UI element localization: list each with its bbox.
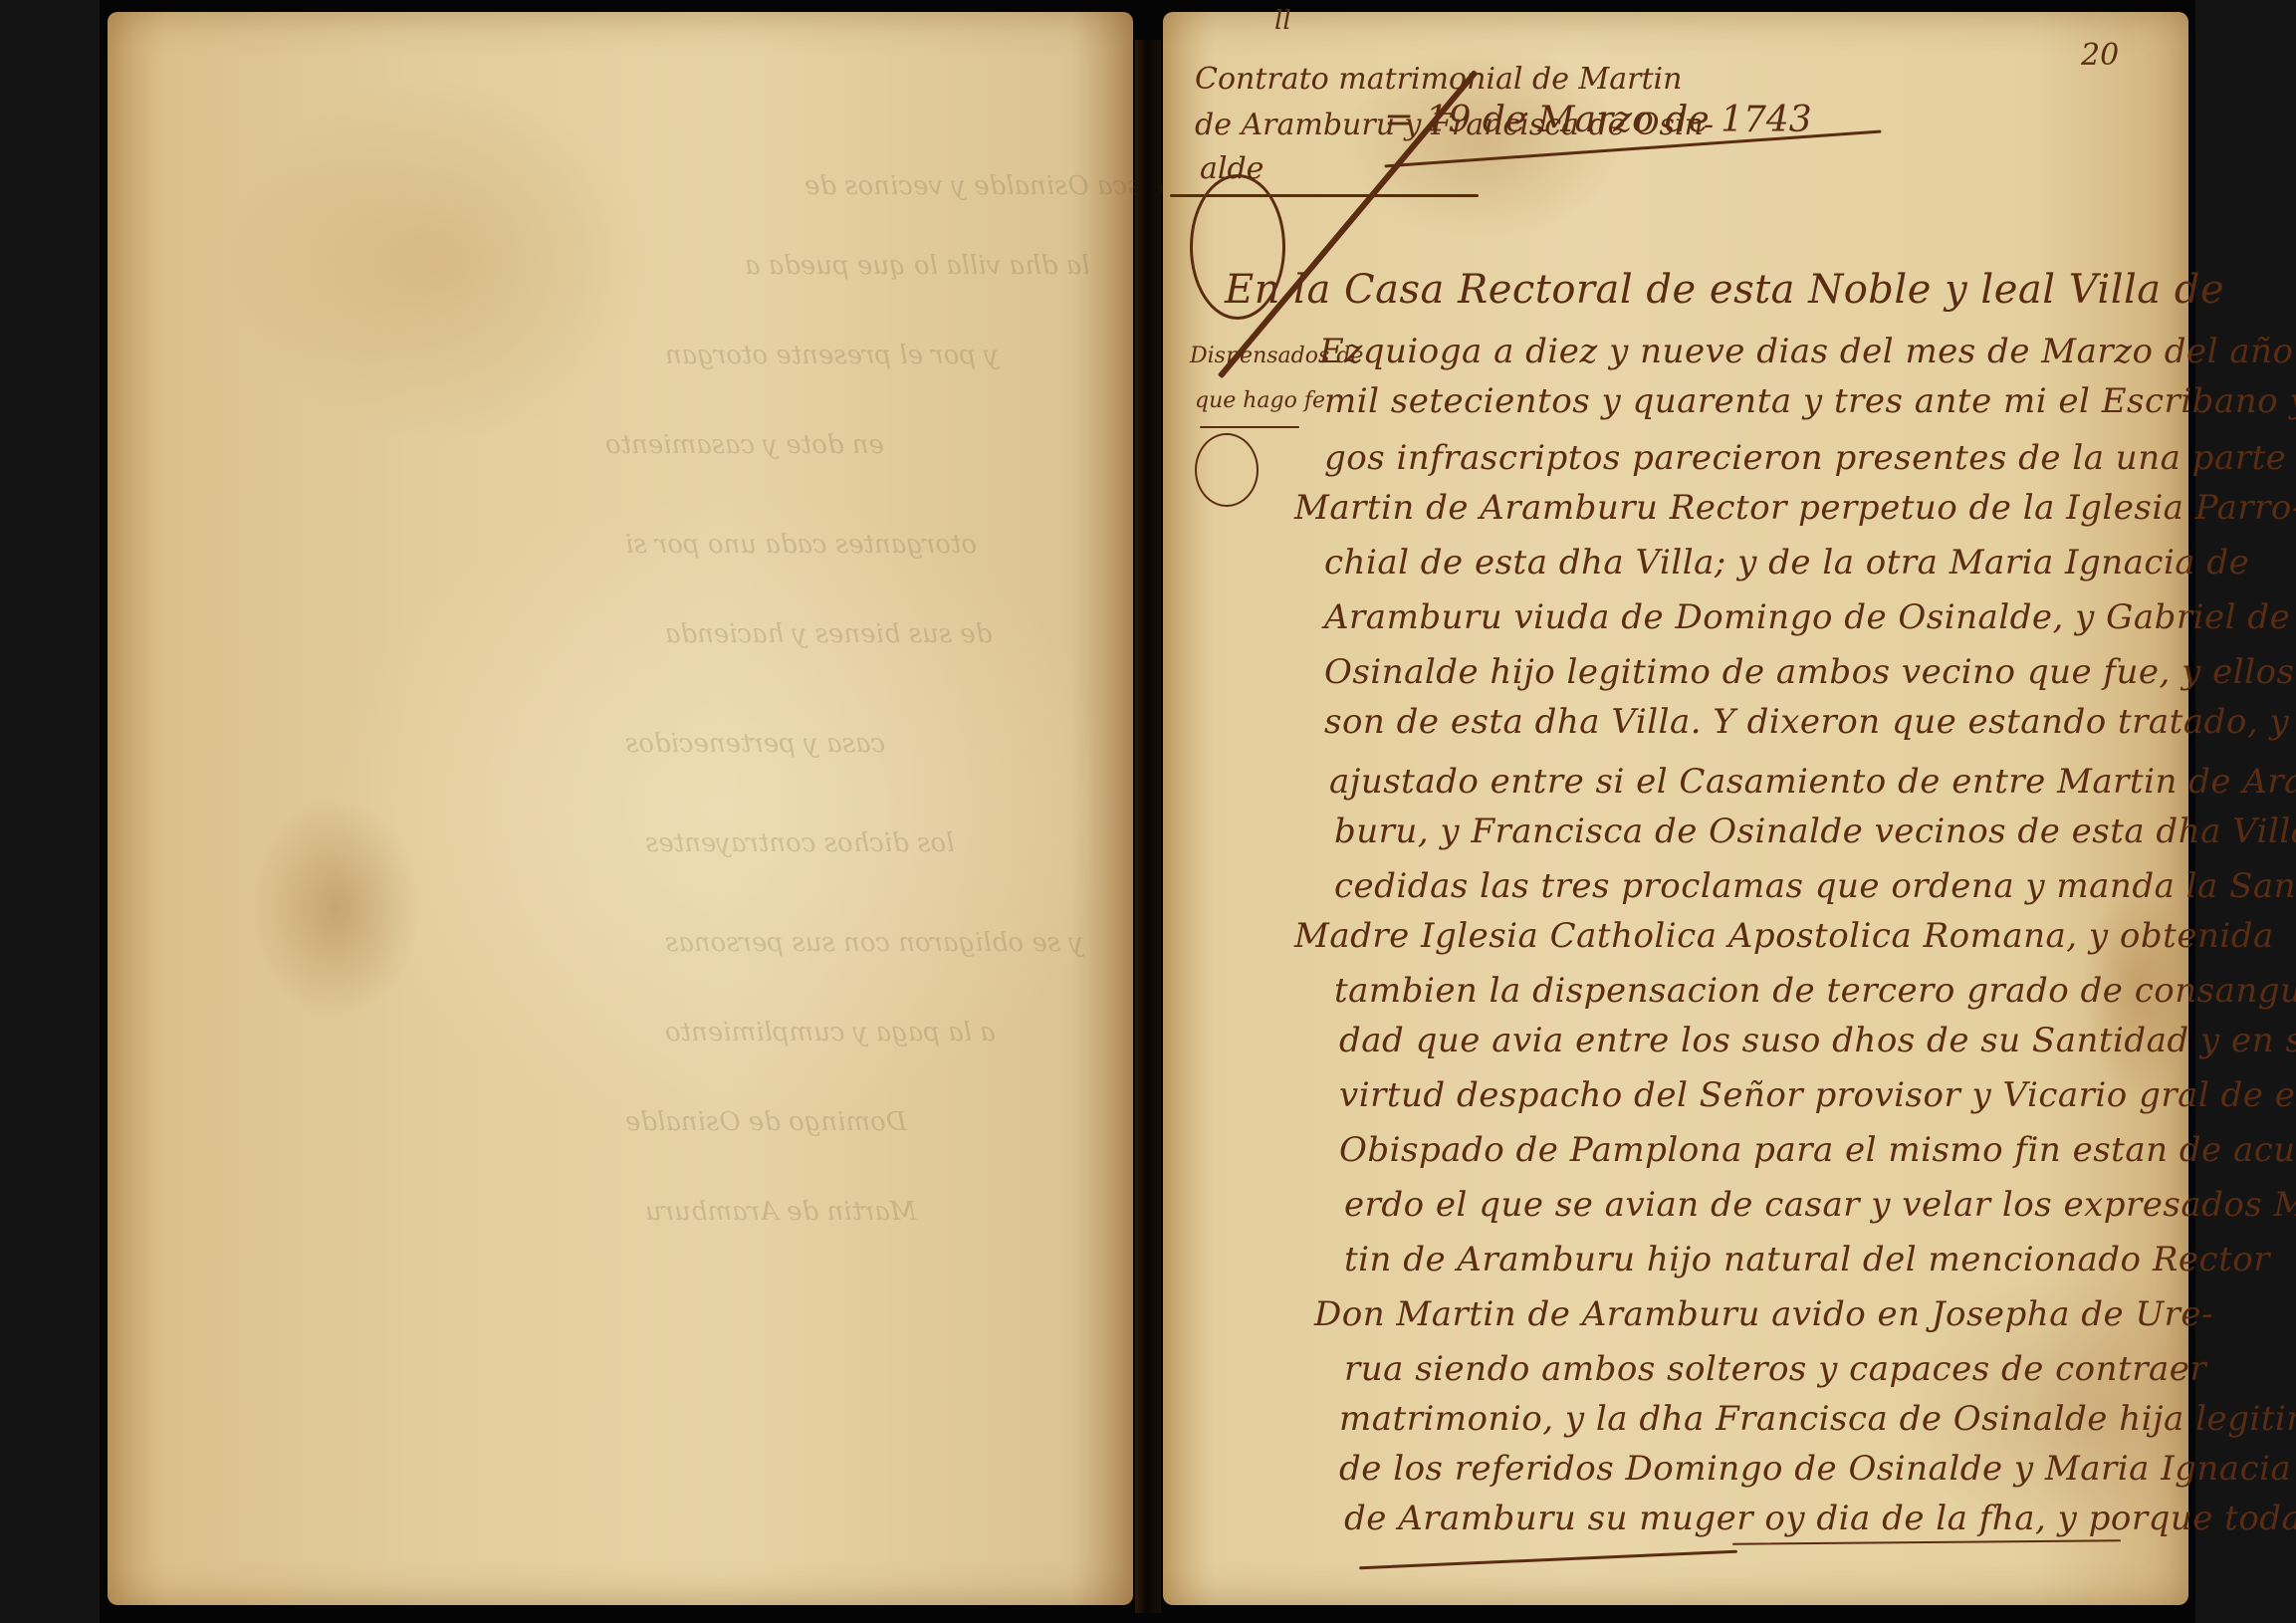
margin-note-rule [1200, 426, 1299, 428]
bleed-through-text: y por el presente otorgan [665, 341, 999, 370]
body-line-9: son de esta dha Villa. Y dixeron que est… [1324, 702, 2289, 742]
body-line-21: rua siendo ambos solteros y capaces de c… [1344, 1349, 2206, 1389]
body-line-1: En la Casa Rectoral de esta Noble y leal… [1225, 267, 2224, 313]
body-line-13: Madre Iglesia Catholica Apostolica Roman… [1294, 916, 2274, 956]
body-line-20: Don Martin de Aramburu avido en Josepha … [1314, 1294, 2213, 1334]
left-page: Francisca Osinalde y vecinos de la dha v… [108, 12, 1133, 1605]
bleed-through-text: los dichos contrayentes [645, 828, 954, 858]
body-line-8: Osinalde hijo legitimo de ambos vecino q… [1324, 652, 2296, 692]
body-line-7: Aramburu viuda de Domingo de Osinalde, y… [1324, 597, 2290, 637]
bleed-through-text: de sus bienes y hacienda [665, 619, 992, 649]
body-line-15: dad que avia entre los suso dhos de su S… [1339, 1021, 2296, 1060]
body-line-10: ajustado entre si el Casamiento de entre… [1329, 762, 2296, 802]
bleed-through-text: Domingo de Osinalde [625, 1107, 907, 1137]
body-line-11: buru, y Francisca de Osinalde vecinos de… [1334, 811, 2296, 851]
bleed-through-text: a la paga y cumplimiento [665, 1018, 996, 1047]
bleed-through-text: Martin de Aramburu [645, 1197, 917, 1227]
body-line-3: mil setecientos y quarenta y tres ante m… [1324, 381, 2296, 421]
body-line-17: Obispado de Pamplona para el mismo fin e… [1339, 1130, 2296, 1170]
book-spine [1135, 40, 1161, 1613]
bleed-through-text: casa y pertenecidos [625, 729, 885, 759]
body-line-19: tin de Aramburu hijo natural del mencion… [1344, 1240, 2270, 1279]
bleed-through-text: la dha villa lo que pueda a [745, 251, 1090, 281]
header-line-1: Contrato matrimonial de Martin [1195, 62, 1682, 97]
body-line-6: chial de esta dha Villa; y de la otra Ma… [1324, 543, 2249, 582]
bleed-through-text: en dote y casamiento [605, 430, 884, 460]
bleed-through-text: otorgantes cada uno por si [625, 530, 977, 560]
body-line-14: tambien la dispensacion de tercero grado… [1334, 971, 2296, 1011]
margin-flourish [1195, 433, 1259, 507]
body-line-4: gos infrascriptos parecieron presentes d… [1324, 438, 2296, 478]
page-number: 20 [2081, 38, 2119, 73]
body-line-16: virtud despacho del Señor provisor y Vic… [1339, 1075, 2296, 1115]
body-line-5: Martin de Aramburu Rector perpetuo de la… [1294, 488, 2296, 528]
bleed-through-text: y se obligaron con sus personas [665, 928, 1083, 958]
body-line-24: de Aramburu su muger oy dia de la fha, y… [1344, 1499, 2296, 1538]
body-line-2: Ezquioga a diez y nueve dias del mes de … [1319, 332, 2296, 371]
margin-note-line-2: que hago fe [1195, 388, 1325, 413]
body-line-18: erdo el que se avian de casar y velar lo… [1344, 1185, 2296, 1225]
body-line-23: de los referidos Domingo de Osinalde y M… [1339, 1449, 2291, 1489]
folio-mark: ll [1274, 6, 1291, 36]
body-line-22: matrimonio, y la dha Francisca de Osinal… [1339, 1399, 2296, 1439]
body-line-12: cedidas las tres proclamas que ordena y … [1334, 866, 2296, 906]
